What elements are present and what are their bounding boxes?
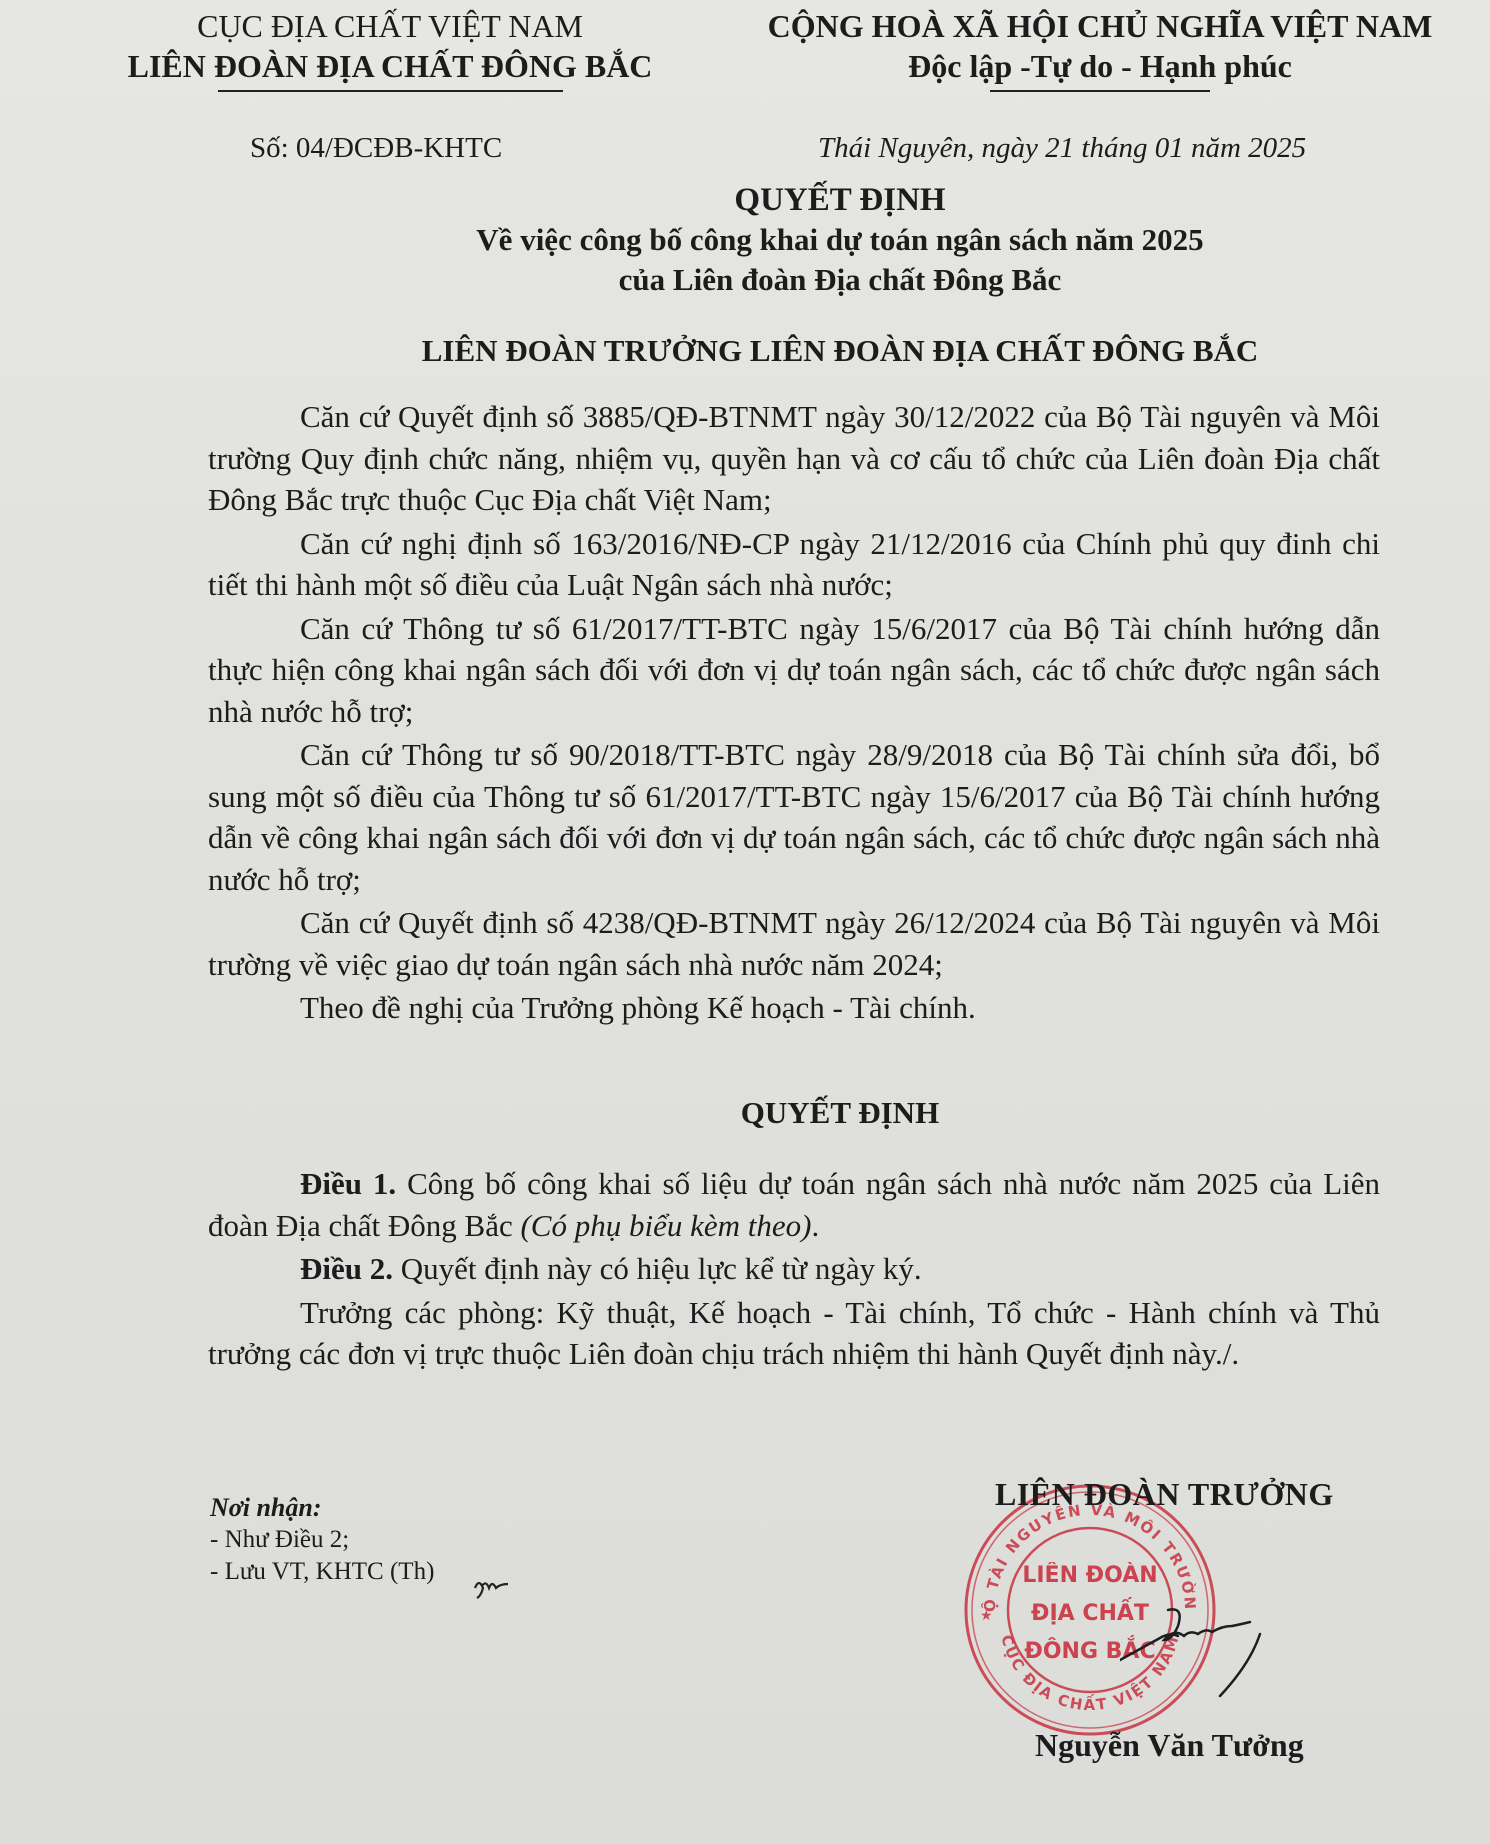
svg-text:LIÊN ĐOÀN: LIÊN ĐOÀN [1022,1562,1157,1588]
document-number: Số: 04/ĐCĐB-KHTC [250,132,502,165]
article-2: Điều 2. Quyết định này có hiệu lực kể từ… [208,1248,1380,1290]
parent-agency: CỤC ĐỊA CHẤT VIỆT NAM [100,6,680,46]
place-date: Thái Nguyên, ngày 21 tháng 01 năm 2025 [818,132,1306,165]
divider [218,90,563,92]
document-subject-line-1: Về việc công bố công khai dự toán ngân s… [200,220,1480,260]
preamble-clause: Căn cứ nghị định số 163/2016/NĐ-CP ngày … [208,523,1380,606]
issuing-agency-block: CỤC ĐỊA CHẤT VIỆT NAM LIÊN ĐOÀN ĐỊA CHẤT… [100,6,680,92]
divider [990,90,1210,92]
country-name: CỘNG HOÀ XÃ HỘI CHỦ NGHĨA VIỆT NAM [740,6,1460,46]
article-3: Trưởng các phòng: Kỹ thuật, Kế hoạch - T… [208,1292,1380,1375]
article-label: Điều 2. [300,1251,393,1286]
preamble-clause: Căn cứ Thông tư số 90/2018/TT-BTC ngày 2… [208,734,1380,900]
article-label: Điều 1. [300,1166,396,1201]
preamble: Căn cứ Quyết định số 3885/QĐ-BTNMT ngày … [208,396,1380,1031]
issuing-unit: LIÊN ĐOÀN ĐỊA CHẤT ĐÔNG BẮC [100,46,680,86]
article-1: Điều 1. Công bố công khai số liệu dự toá… [208,1163,1380,1246]
issuing-authority: LIÊN ĐOÀN TRƯỞNG LIÊN ĐOÀN ĐỊA CHẤT ĐÔNG… [200,333,1480,369]
preamble-clause: Căn cứ Thông tư số 61/2017/TT-BTC ngày 1… [208,608,1380,733]
document-type: QUYẾT ĐỊNH [200,180,1480,220]
recipient-item: - Lưu VT, KHTC (Th) [210,1556,434,1588]
recipients-block: Nơi nhận: - Như Điều 2; - Lưu VT, KHTC (… [210,1492,434,1588]
recipients-heading: Nơi nhận: [210,1492,434,1524]
preamble-clause: Căn cứ Quyết định số 3885/QĐ-BTNMT ngày … [208,396,1380,521]
document-subject-line-2: của Liên đoàn Địa chất Đông Bắc [200,260,1480,300]
article-note: (Có phụ biểu kèm theo) [520,1208,811,1243]
national-title-block: CỘNG HOÀ XÃ HỘI CHỦ NGHĨA VIỆT NAM Độc l… [740,6,1460,92]
national-motto: Độc lập -Tự do - Hạnh phúc [740,46,1460,86]
decision-heading: QUYẾT ĐỊNH [200,1095,1480,1131]
preamble-clause: Theo đề nghị của Trưởng phòng Kế hoạch -… [208,987,1380,1029]
recipient-item: - Như Điều 2; [210,1524,434,1556]
preamble-clause: Căn cứ Quyết định số 4238/QĐ-BTNMT ngày … [208,902,1380,985]
punctuation: . [811,1208,819,1243]
signer-name: Nguyễn Văn Tưởng [1035,1727,1304,1764]
document-title-block: QUYẾT ĐỊNH Về việc công bố công khai dự … [200,180,1480,300]
articles: Điều 1. Công bố công khai số liệu dự toá… [208,1163,1380,1377]
handwritten-signature-icon [1120,1590,1270,1700]
svg-text:★: ★ [980,1609,993,1624]
signer-title: LIÊN ĐOÀN TRƯỞNG [995,1476,1334,1513]
initials-scribble-icon [470,1570,530,1600]
article-text: Quyết định này có hiệu lực kể từ ngày ký… [393,1251,922,1286]
